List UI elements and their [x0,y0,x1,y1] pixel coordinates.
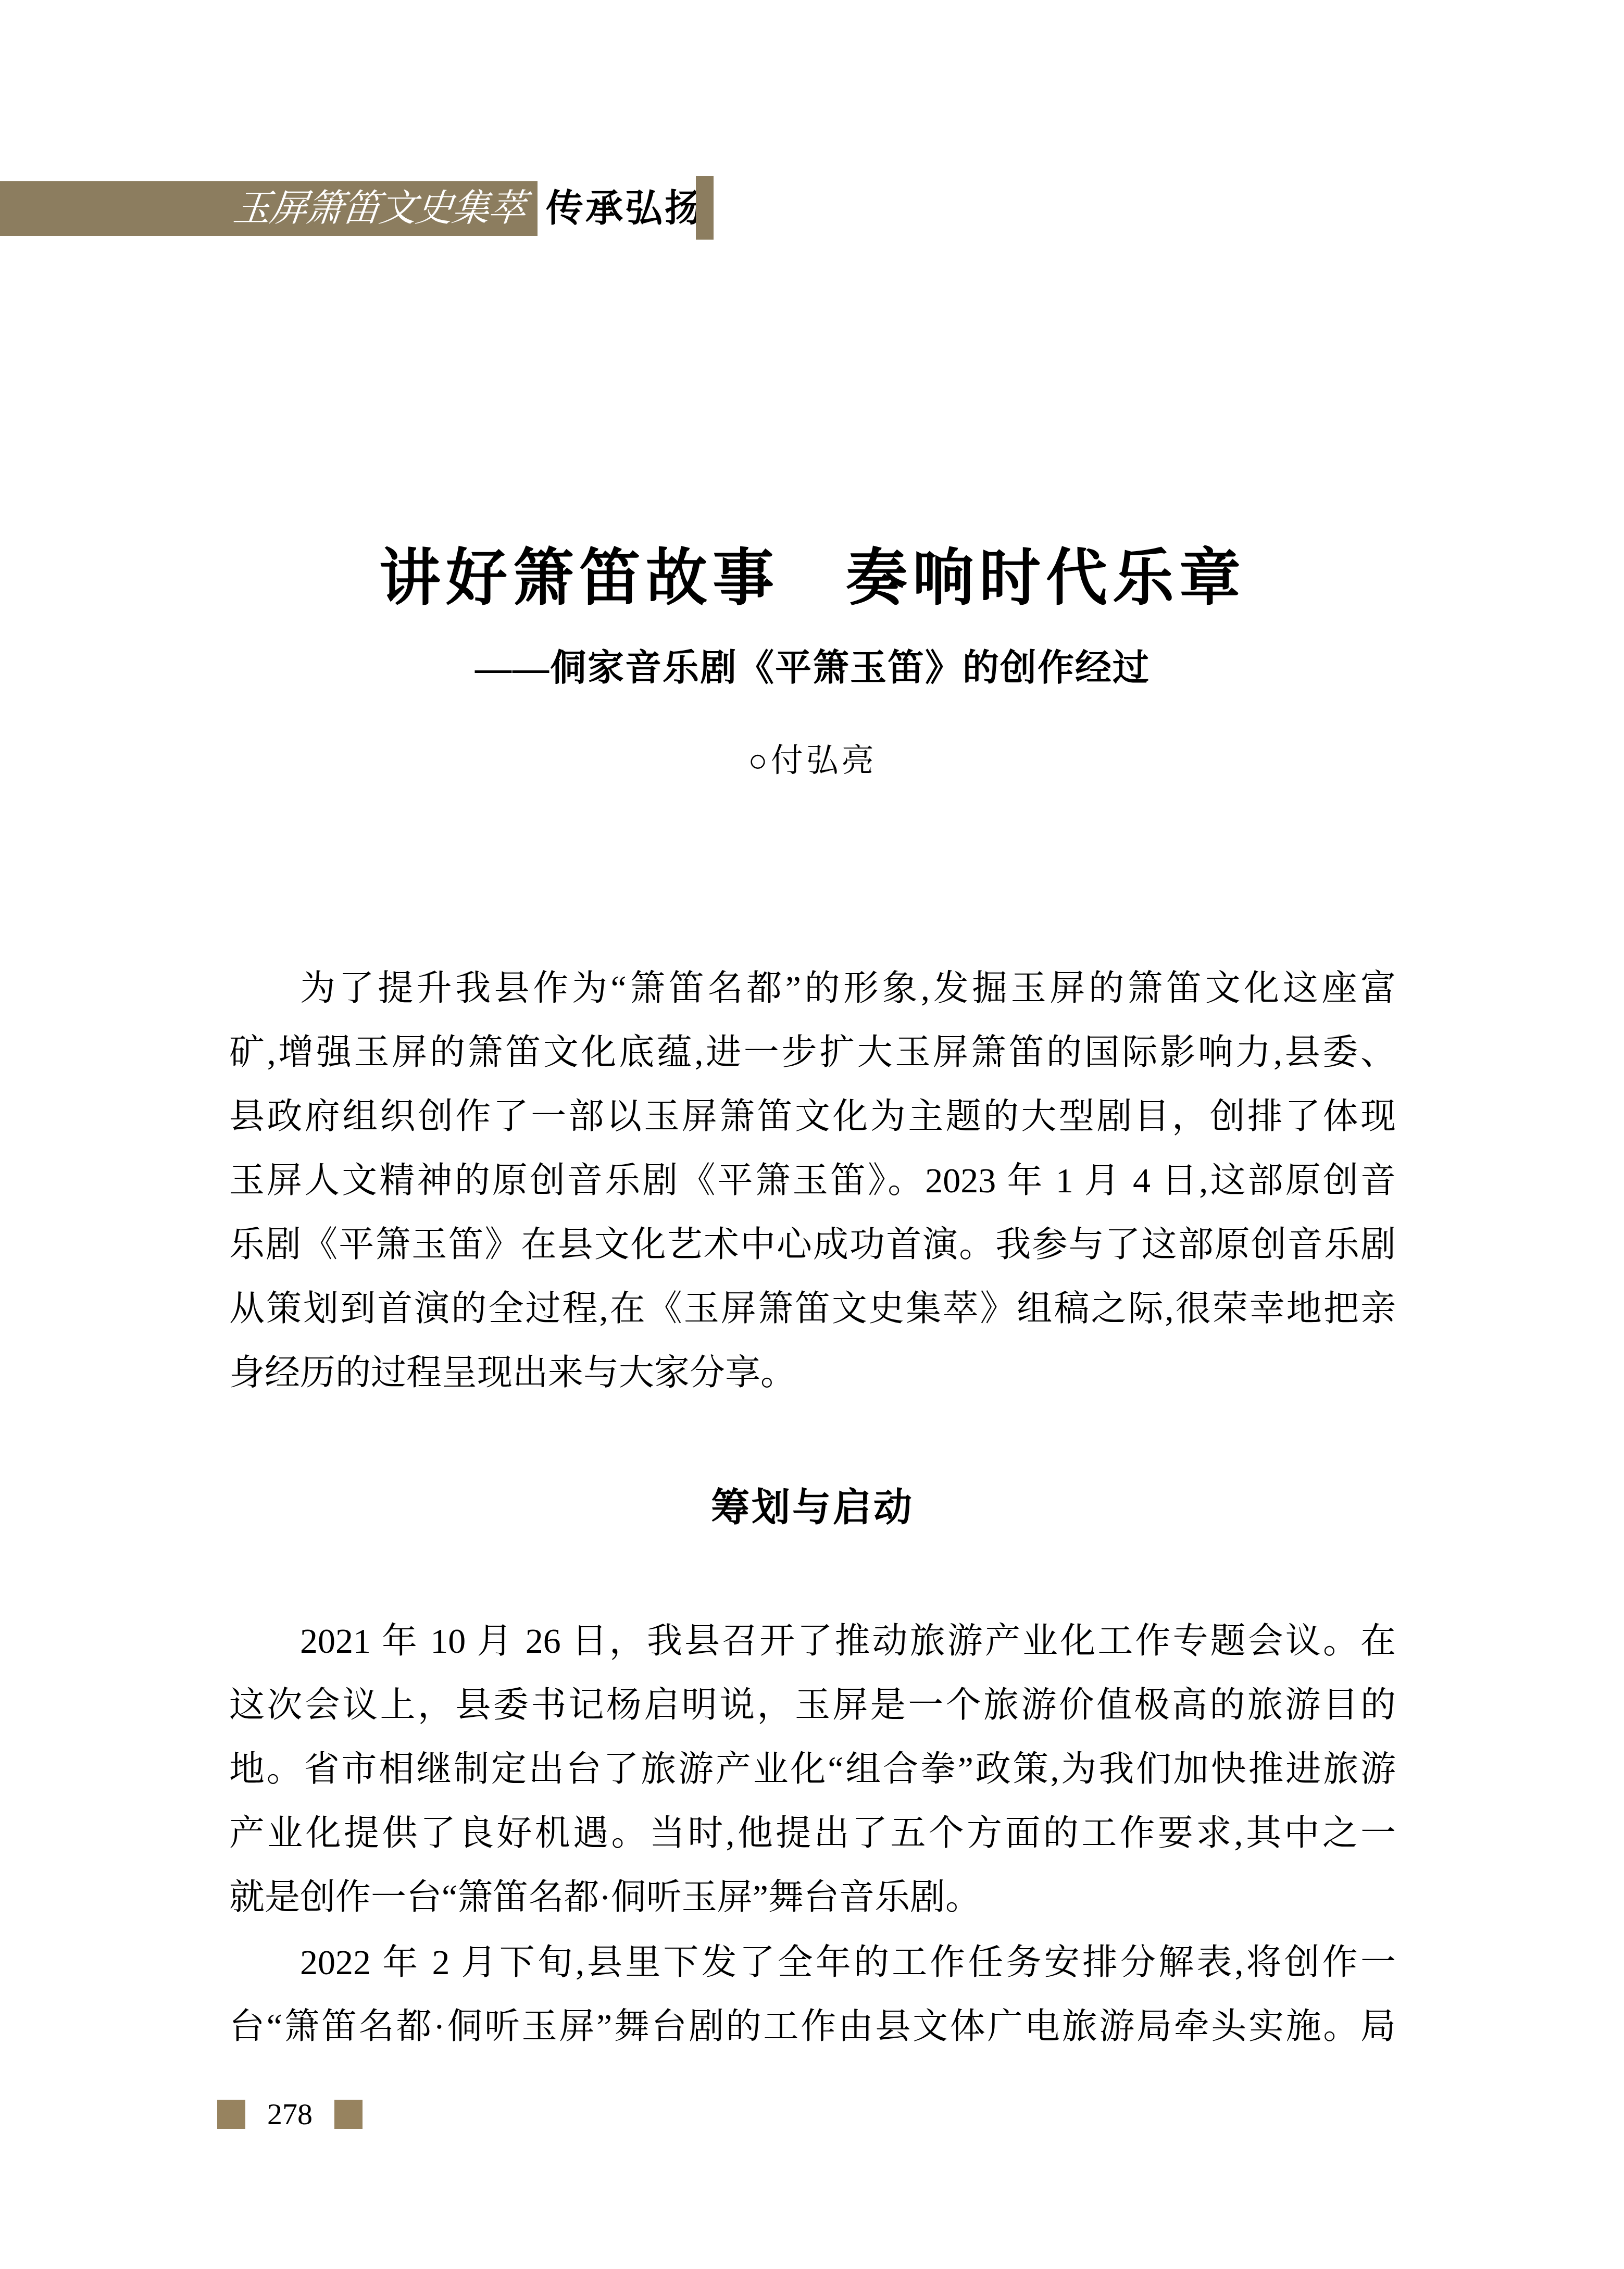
paragraph-line: 为了提升我县作为“箫笛名都”的形象,发掘玉屏的箫笛文化这座富 [229,956,1396,1020]
header-banner: 玉屏箫笛文史集萃 [0,181,538,236]
paragraph-line: 产业化提供了良好机遇。当时,他提出了五个方面的工作要求,其中之一 [229,1801,1396,1865]
paragraph-line: 矿,增强玉屏的箫笛文化底蕴,进一步扩大玉屏箫笛的国际影响力,县委、 [229,1020,1396,1084]
paragraph-line: 2021 年 10 月 26 日，我县召开了推动旅游产业化工作专题会议。在 [229,1609,1396,1673]
paragraph-line: 县政府组织创作了一部以玉屏箫笛文化为主题的大型剧目，创排了体现 [229,1084,1396,1149]
paragraph-line: 台“箫笛名都·侗听玉屏”舞台剧的工作由县文体广电旅游局牵头实施。局 [229,1994,1396,2059]
header-accent-block [696,176,714,240]
article-title: 讲好箫笛故事 奏响时代乐章 [229,528,1396,617]
paragraph-line: 地。省市相继制定出台了旅游产业化“组合拳”政策,为我们加快推进旅游 [229,1737,1396,1801]
footer-accent-left-square [217,2100,245,2129]
section-heading: 筹划与启动 [229,1476,1396,1540]
page-number: 278 [245,2096,334,2133]
paragraph-line: 玉屏人文精神的原创音乐剧《平箫玉笛》。2023 年 1 月 4 日,这部原创音 [229,1149,1396,1213]
paragraph-line: 从策划到首演的全过程,在《玉屏箫笛文史集萃》组稿之际,很荣幸地把亲 [229,1277,1396,1341]
paragraph-line: 这次会议上，县委书记杨启明说，玉屏是一个旅游价值极高的旅游目的 [229,1673,1396,1737]
banner-calligraphy-text: 玉屏箫笛文史集萃 [230,181,528,236]
paragraph-line: 乐剧《平箫玉笛》在县文化艺术中心成功首演。我参与了这部原创音乐剧 [229,1213,1396,1277]
header-section-label: 传承弘扬 [546,181,704,236]
paragraph-line: 身经历的过程呈现出来与大家分享。 [229,1341,1396,1405]
paragraph-1: 为了提升我县作为“箫笛名都”的形象,发掘玉屏的箫笛文化这座富 矿,增强玉屏的箫笛… [229,956,1396,1405]
paragraph-3: 2022 年 2 月下旬,县里下发了全年的工作任务安排分解表,将创作一 台“箫笛… [229,1930,1396,2059]
footer-accent-right-square [334,2100,363,2129]
book-page: 玉屏箫笛文史集萃 传承弘扬 讲好箫笛故事 奏响时代乐章 ——侗家音乐剧《平箫玉笛… [0,0,1624,2269]
paragraph-2: 2021 年 10 月 26 日，我县召开了推动旅游产业化工作专题会议。在 这次… [229,1609,1396,1929]
article-subtitle: ——侗家音乐剧《平箫玉笛》的创作经过 [229,639,1396,691]
author-line: ○付弘亮 [229,734,1396,781]
paragraph-line: 就是创作一台“箫笛名都·侗听玉屏”舞台音乐剧。 [229,1865,1396,1929]
paragraph-line: 2022 年 2 月下旬,县里下发了全年的工作任务安排分解表,将创作一 [229,1930,1396,1994]
